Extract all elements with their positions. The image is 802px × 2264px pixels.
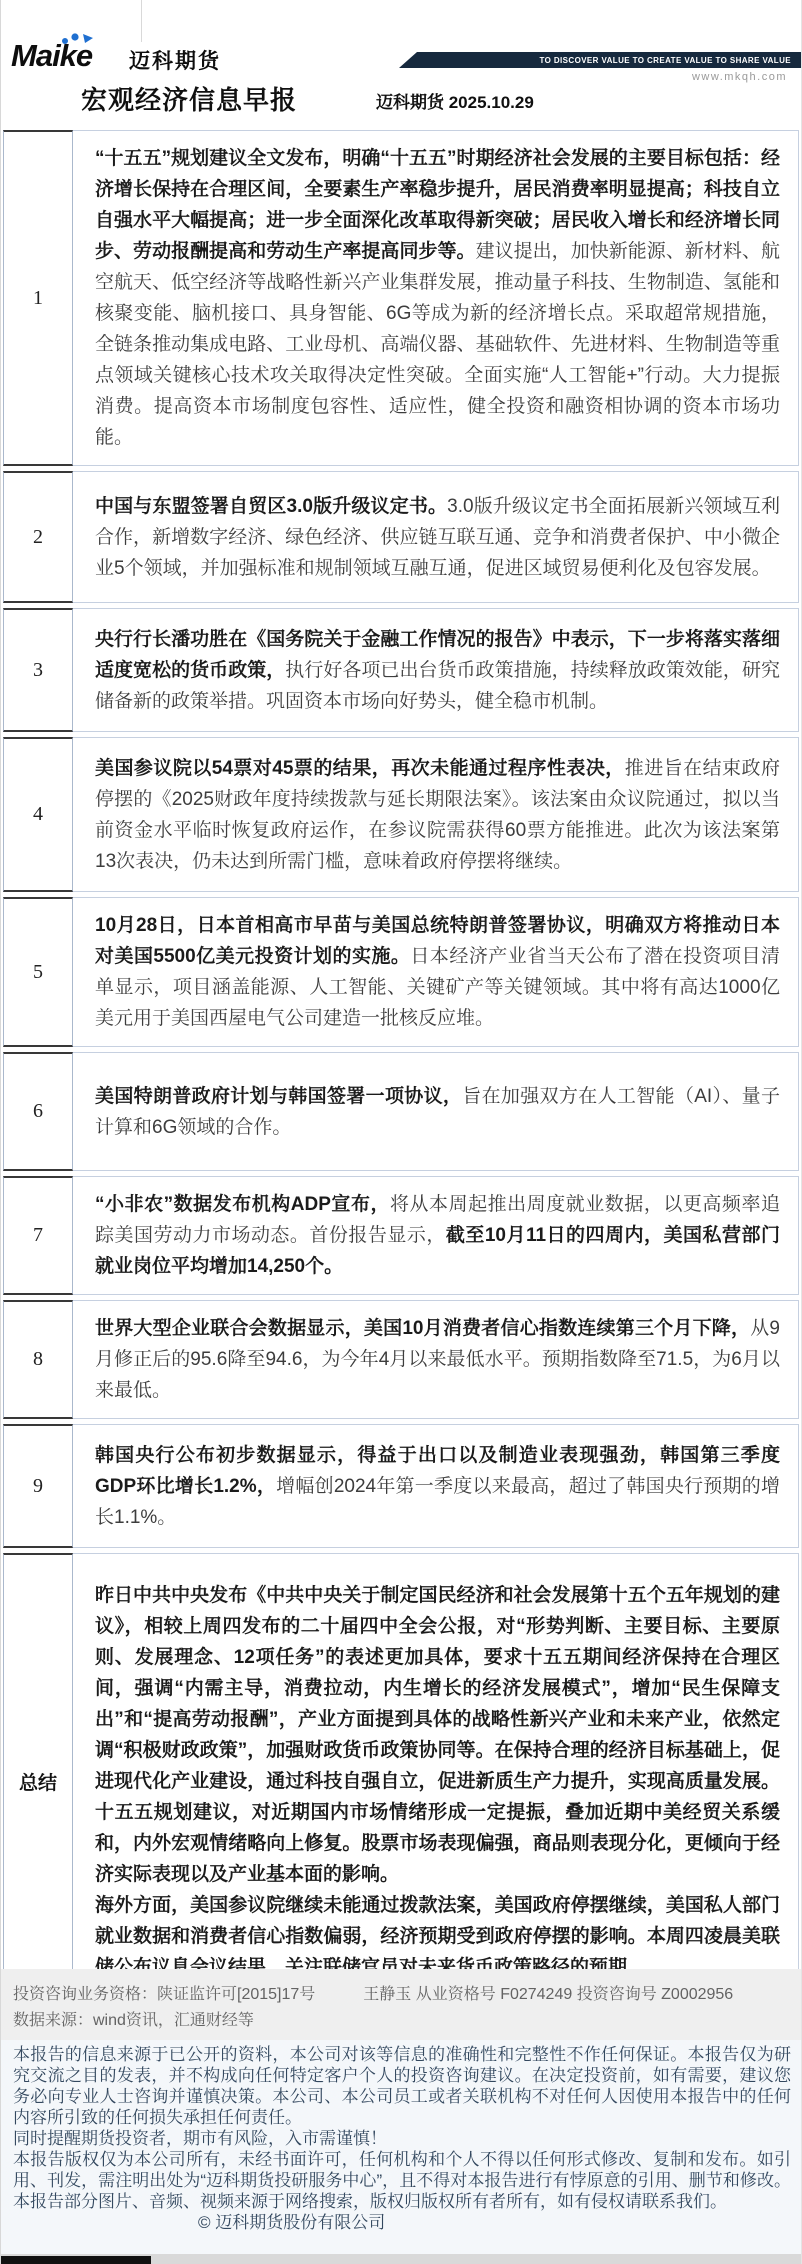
analyst-credentials: 王静玉 从业资格号 F0274249 投资咨询号 Z0002956 [363,1981,733,2004]
bottom-black-bar [1,2256,151,2264]
news-cell: 10月28日，日本首相高市早苗与美国总统特朗普签署协议，明确双方将推动日本对美国… [73,897,799,1047]
table-row: 4美国参议院以54票对45票的结果，再次未能通过程序性表决，推进旨在结束政府停摆… [3,737,799,892]
news-paragraph: 美国特朗普政府计划与韩国签署一项协议，旨在加强双方在人工智能（AI）、量子计算和… [95,1081,780,1143]
news-text-bold: 美国参议院以54票对45票的结果，再次未能通过程序性表决， [95,758,625,779]
row-number: 9 [3,1424,73,1548]
news-cell: 韩国央行公布初步数据显示，得益于出口以及制造业表现强劲，韩国第三季度GDP环比增… [73,1424,799,1548]
table-row: 9韩国央行公布初步数据显示，得益于出口以及制造业表现强劲，韩国第三季度GDP环比… [3,1424,799,1548]
news-paragraph: 美国参议院以54票对45票的结果，再次未能通过程序性表决，推进旨在结束政府停摆的… [95,753,780,877]
news-cell: 美国参议院以54票对45票的结果，再次未能通过程序性表决，推进旨在结束政府停摆的… [73,737,799,892]
top-margin [1,0,801,42]
table-row: 7“小非农”数据发布机构ADP宣布，将从本周起推出周度就业数据，以更高频率追踪美… [3,1176,799,1295]
maike-logo-paw-icon [59,32,105,50]
news-cell: 央行行长潘功胜在《国务院关于金融工作情况的报告》中表示，下一步将落实落细适度宽松… [73,608,799,732]
news-paragraph: 昨日中共中央发布《中共中央关于制定国民经济和社会发展第十五个五年规划的建议》，相… [95,1580,780,1890]
news-text-bold: “小非农”数据发布机构ADP宣布， [95,1194,390,1215]
news-cell: “小非农”数据发布机构ADP宣布，将从本周起推出周度就业数据，以更高频率追踪美国… [73,1176,799,1295]
credentials-line1: 投资咨询业务资格：陕证监许可[2015]17号 王静玉 从业资格号 F02742… [13,1981,801,2004]
news-text-bold: 世界大型企业联合会数据显示，美国10月消费者信心指数连续第三个月下降， [95,1318,750,1339]
divider [141,0,142,42]
table-row: 8世界大型企业联合会数据显示，美国10月消费者信心指数连续第三个月下降，从9月修… [3,1300,799,1419]
news-paragraph: 10月28日，日本首相高市早苗与美国总统特朗普签署协议，明确双方将推动日本对美国… [95,910,780,1034]
brand-header: Maike 迈科期货 TO DISCOVER VALUE TO CREATE V… [1,42,801,76]
summary-label: 总结 [3,1553,73,2009]
disclaimer-block: 本报告的信息来源于已公开的资料，本公司对该等信息的准确性和完整性不作任何保证。本… [1,2040,801,2254]
news-text-bold: 美国特朗普政府计划与韩国签署一项协议， [95,1086,462,1107]
row-number: 8 [3,1300,73,1419]
news-paragraph: 韩国央行公布初步数据显示，得益于出口以及制造业表现强劲，韩国第三季度GDP环比增… [95,1440,780,1533]
row-number: 5 [3,897,73,1047]
news-text-bold: 中国与东盟签署自贸区3.0版升级议定书。 [95,496,447,517]
news-paragraph: 央行行长潘功胜在《国务院关于金融工作情况的报告》中表示，下一步将落实落细适度宽松… [95,624,780,717]
disclaimer-paragraph: 同时提醒期货投资者，期市有风险，入市需谨慎！ [13,2128,791,2149]
disclaimer-paragraph: 本报告版权仅为本公司所有，未经书面许可，任何机构和个人不得以任何形式修改、复制和… [13,2149,791,2212]
table-row: 6美国特朗普政府计划与韩国签署一项协议，旨在加强双方在人工智能（AI）、量子计算… [3,1052,799,1171]
table-row: 1“十五五”规划建议全文发布，明确“十五五”时期经济社会发展的主要目标包括：经济… [3,130,799,466]
news-cell: 世界大型企业联合会数据显示，美国10月消费者信心指数连续第三个月下降，从9月修正… [73,1300,799,1419]
report-page: Maike 迈科期货 TO DISCOVER VALUE TO CREATE V… [0,0,802,2264]
row-number: 2 [3,471,73,603]
row-number: 7 [3,1176,73,1295]
copyright-line: © 迈科期货股份有限公司 [198,2212,791,2233]
data-source-text: 数据来源：wind资讯，汇通财经等 [13,2007,801,2030]
news-cell: 中国与东盟签署自贸区3.0版升级议定书。3.0版升级议定书全面拓展新兴领域互利合… [73,471,799,603]
table-row: 3央行行长潘功胜在《国务院关于金融工作情况的报告》中表示，下一步将落实落细适度宽… [3,608,799,732]
row-number: 4 [3,737,73,892]
disclaimer-paragraph: 本报告的信息来源于已公开的资料，本公司对该等信息的准确性和完整性不作任何保证。本… [13,2044,791,2128]
maike-logo-cn: 迈科期货 [129,45,221,75]
news-text-bold: 昨日中共中央发布《中共中央关于制定国民经济和社会发展第十五个五年规划的建议》，相… [95,1585,780,1885]
news-text-bold: 海外方面，美国参议院继续未能通过拨款法案，美国政府停摆继续，美国私人部门就业数据… [95,1895,780,1978]
qualification-text: 投资咨询业务资格：陕证监许可[2015]17号 [13,1981,315,2004]
news-paragraph: 中国与东盟签署自贸区3.0版升级议定书。3.0版升级议定书全面拓展新兴领域互利合… [95,491,780,584]
report-title-row: 宏观经济信息早报 迈科期货 2025.10.29 [1,80,801,126]
row-number: 3 [3,608,73,732]
table-row: 总结昨日中共中央发布《中共中央关于制定国民经济和社会发展第十五个五年规划的建议》… [3,1553,799,2009]
page-title: 宏观经济信息早报 [81,80,297,117]
row-number: 6 [3,1052,73,1171]
news-paragraph: “十五五”规划建议全文发布，明确“十五五”时期经济社会发展的主要目标包括：经济增… [95,143,780,453]
news-cell: 昨日中共中央发布《中共中央关于制定国民经济和社会发展第十五个五年规划的建议》，相… [73,1553,799,2009]
news-paragraph: 世界大型企业联合会数据显示，美国10月消费者信心指数连续第三个月下降，从9月修正… [95,1313,780,1406]
table-row: 2中国与东盟签署自贸区3.0版升级议定书。3.0版升级议定书全面拓展新兴领域互利… [3,471,799,603]
table-row: 510月28日，日本首相高市早苗与美国总统特朗普签署协议，明确双方将推动日本对美… [3,897,799,1047]
news-paragraph: “小非农”数据发布机构ADP宣布，将从本周起推出周度就业数据，以更高频率追踪美国… [95,1189,780,1282]
row-number: 1 [3,130,73,466]
credentials-band: 投资咨询业务资格：陕证监许可[2015]17号 王静玉 从业资格号 F02742… [1,1969,801,2040]
slogan-banner: TO DISCOVER VALUE TO CREATE VALUE TO SHA… [399,52,801,68]
news-table: 1“十五五”规划建议全文发布，明确“十五五”时期经济社会发展的主要目标包括：经济… [3,130,799,2009]
news-cell: “十五五”规划建议全文发布，明确“十五五”时期经济社会发展的主要目标包括：经济增… [73,130,799,466]
news-text: 建议提出，加快新能源、新材料、航空航天、低空经济等战略性新兴产业集群发展，推动量… [95,241,780,448]
news-cell: 美国特朗普政府计划与韩国签署一项协议，旨在加强双方在人工智能（AI）、量子计算和… [73,1052,799,1171]
company-date: 迈科期货 2025.10.29 [376,88,534,113]
